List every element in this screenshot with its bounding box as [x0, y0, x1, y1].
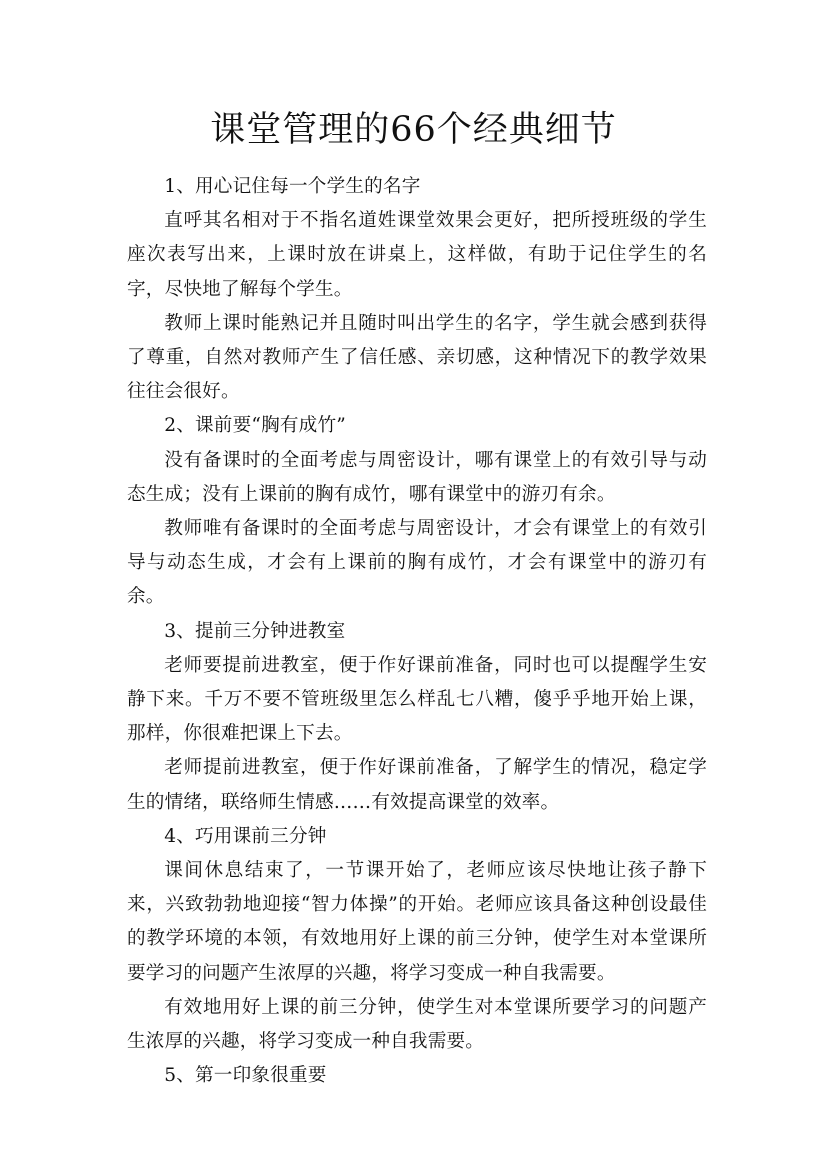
- paragraph: 没有备课时的全面考虑与周密设计，哪有课堂上的有效引导与动态生成；没有上课前的胸有…: [127, 444, 707, 512]
- document-page: 课堂管理的66个经典细节 1、用心记住每一个学生的名字 直呼其名相对于不指名道姓…: [0, 0, 827, 1169]
- document-title: 课堂管理的66个经典细节: [0, 106, 827, 154]
- section-heading-3: 3、提前三分钟进教室: [127, 615, 707, 649]
- paragraph: 有效地用好上课的前三分钟，使学生对本堂课所要学习的问题产生浓厚的兴趣，将学习变成…: [127, 991, 707, 1059]
- document-body: 1、用心记住每一个学生的名字 直呼其名相对于不指名道姓课堂效果会更好，把所授班级…: [127, 170, 707, 1093]
- section-heading-4: 4、巧用课前三分钟: [127, 820, 707, 854]
- paragraph: 教师唯有备课时的全面考虑与周密设计，才会有课堂上的有效引导与动态生成，才会有上课…: [127, 512, 707, 615]
- paragraph: 直呼其名相对于不指名道姓课堂效果会更好，把所授班级的学生座次表写出来，上课时放在…: [127, 204, 707, 307]
- section-heading-2: 2、课前要“胸有成竹”: [127, 409, 707, 443]
- paragraph: 教师上课时能熟记并且随时叫出学生的名字，学生就会感到获得了尊重，自然对教师产生了…: [127, 307, 707, 410]
- section-heading-5: 5、第一印象很重要: [127, 1059, 707, 1093]
- paragraph: 老师提前进教室，便于作好课前准备，了解学生的情况，稳定学生的情绪，联络师生情感……: [127, 751, 707, 819]
- paragraph: 老师要提前进教室，便于作好课前准备，同时也可以提醒学生安静下来。千万不要不管班级…: [127, 649, 707, 752]
- paragraph: 课间休息结束了，一节课开始了，老师应该尽快地让孩子静下来，兴致勃勃地迎接“智力体…: [127, 854, 707, 991]
- section-heading-1: 1、用心记住每一个学生的名字: [127, 170, 707, 204]
